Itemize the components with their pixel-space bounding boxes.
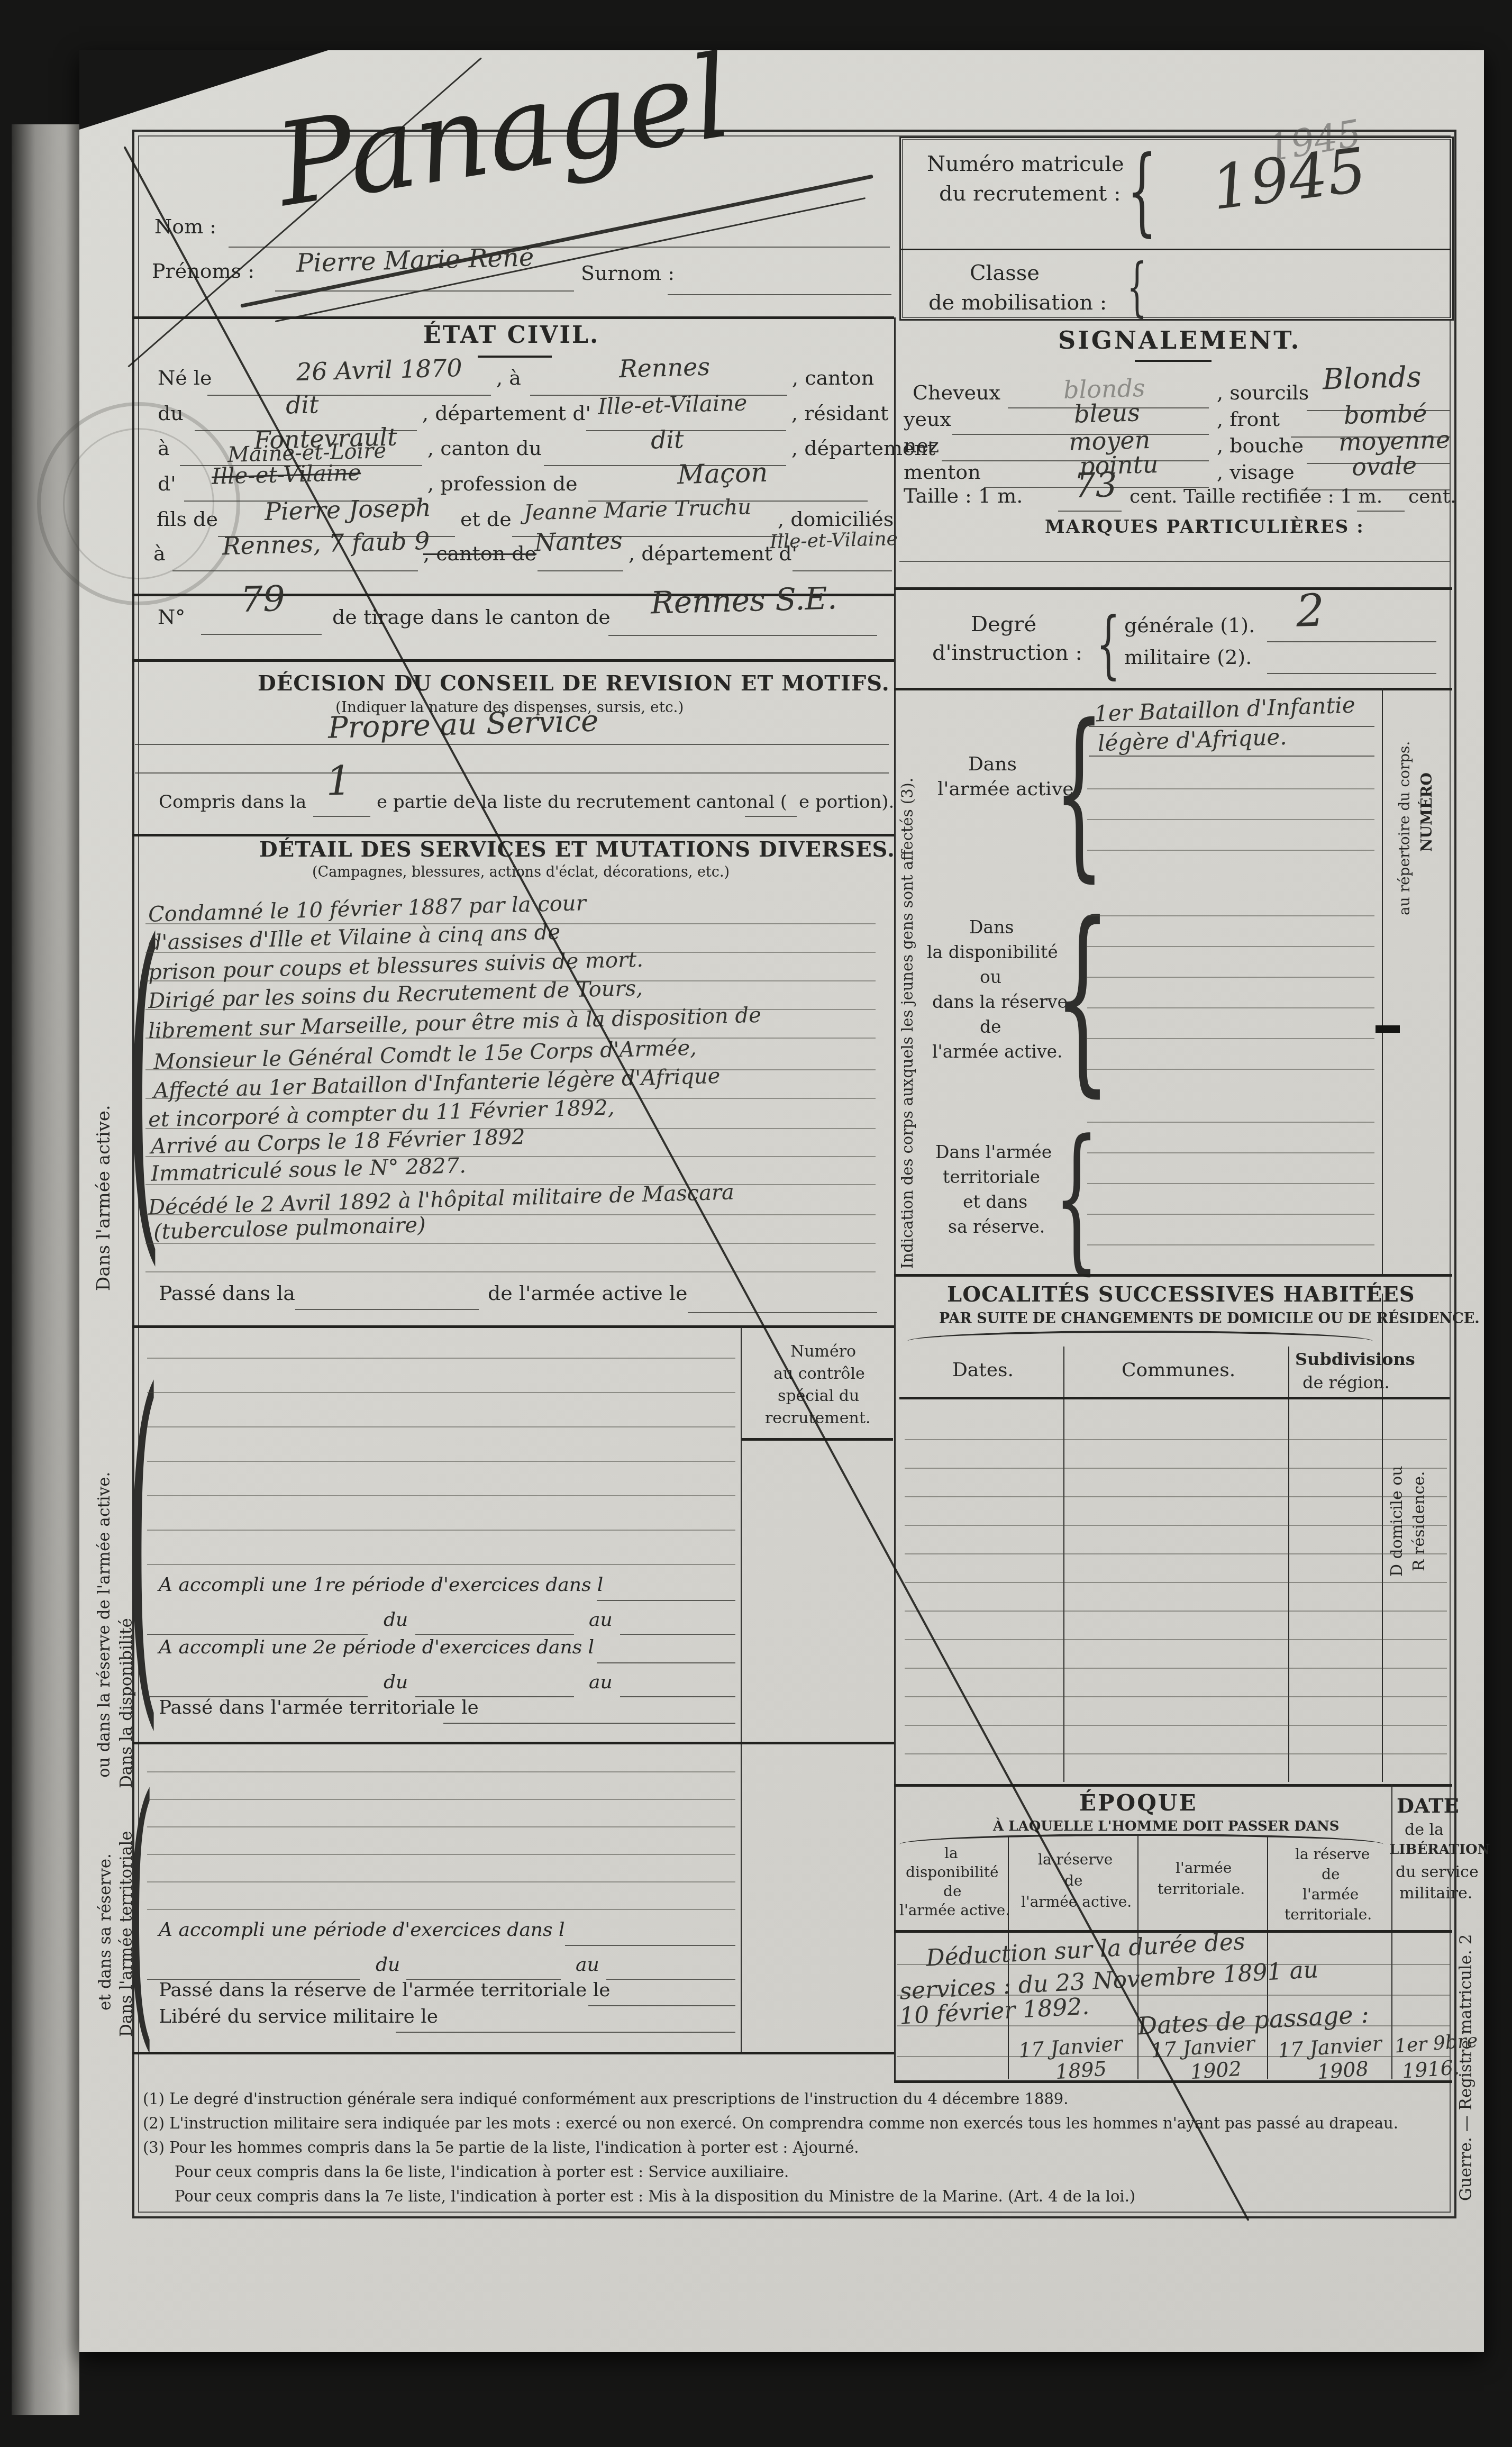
epoque-col3-header: territoriale. bbox=[1158, 1881, 1245, 1898]
ruled-line bbox=[905, 1525, 1447, 1526]
au-label: au bbox=[589, 1672, 613, 1693]
a-label: à bbox=[153, 543, 166, 565]
ruled-line bbox=[1087, 1214, 1374, 1215]
ruled-line bbox=[443, 1723, 735, 1724]
ruled-line bbox=[905, 1496, 1447, 1497]
divider-rule bbox=[894, 1274, 1452, 1277]
ruled-line bbox=[145, 952, 876, 953]
title-rule bbox=[1135, 360, 1212, 362]
margin-imprint: Guerre. — Registre matricule. 2 bbox=[1457, 1757, 1475, 2201]
ruled-line bbox=[1087, 1007, 1374, 1008]
signalement-title: SIGNALEMENT. bbox=[1058, 327, 1301, 354]
ruled-line bbox=[147, 1530, 735, 1531]
compris-label: e portion). bbox=[799, 793, 894, 812]
nez-label: nez bbox=[904, 435, 939, 457]
domicilies-label: , domiciliés bbox=[778, 508, 894, 531]
ruled-line bbox=[1087, 946, 1374, 947]
front-handwritten: bombé bbox=[1343, 401, 1427, 427]
brace-icon: { bbox=[1127, 255, 1147, 319]
epoque-col4-header: territoriale. bbox=[1285, 1907, 1372, 1923]
numero-repertoire-label: NUMÉRO bbox=[1419, 735, 1435, 852]
ruled-line bbox=[147, 1426, 735, 1427]
domicile-handwritten: Rennes, 7 faub 9 bbox=[222, 529, 430, 558]
corps-row3-label: et dans bbox=[963, 1193, 1027, 1212]
ruled-line bbox=[905, 1611, 1447, 1612]
pere-handwritten: Pierre Joseph bbox=[264, 495, 431, 524]
degre-label: Degré bbox=[971, 613, 1036, 636]
table-divider bbox=[1288, 1347, 1289, 1782]
et-de-label: et de bbox=[460, 508, 512, 531]
ruled-line bbox=[147, 1392, 735, 1393]
periode1-label: A accompli une 1re période d'exercices d… bbox=[159, 1575, 603, 1596]
ruled-line bbox=[608, 635, 877, 636]
ruled-line bbox=[1267, 641, 1436, 642]
du-label: du bbox=[376, 1954, 400, 1976]
table-divider bbox=[1063, 1347, 1064, 1782]
canton-handwritten: dit bbox=[285, 392, 319, 417]
tirage-canton-handwritten: Rennes S.E. bbox=[650, 583, 837, 618]
au-label: au bbox=[576, 1954, 599, 1976]
corps-row2-label: de bbox=[980, 1017, 1001, 1036]
col-header-communes: Communes. bbox=[1122, 1360, 1235, 1381]
subcolumn-divider bbox=[1382, 688, 1383, 1274]
ruled-line bbox=[145, 1271, 876, 1272]
passage-date-handwritten: 1908 bbox=[1317, 2059, 1369, 2082]
footnote: Pour ceux compris dans la 7e liste, l'in… bbox=[175, 2188, 1135, 2205]
au-label: au bbox=[589, 1609, 613, 1631]
controle-header: Numéro bbox=[790, 1343, 856, 1360]
profession-label: , profession de bbox=[427, 473, 577, 495]
subcolumn-divider bbox=[741, 1327, 742, 2052]
ruled-line bbox=[1087, 1038, 1374, 1039]
yeux-label: yeux bbox=[904, 408, 951, 431]
matricule-label: du recrutement : bbox=[939, 182, 1121, 205]
menton-label: menton bbox=[904, 461, 981, 484]
epoque-col3-header: l'armée bbox=[1176, 1860, 1232, 1877]
ruled-line bbox=[1087, 1152, 1374, 1153]
ruled-line bbox=[1087, 977, 1374, 978]
ruled-line bbox=[147, 1495, 735, 1496]
divider-rule bbox=[132, 834, 894, 836]
taille-label: Taille : 1 m. bbox=[904, 485, 1023, 507]
ruled-line bbox=[145, 1128, 876, 1129]
compris-label: e partie de la liste du recrutement cant… bbox=[377, 793, 787, 812]
ruled-line bbox=[565, 1945, 735, 1946]
residant-label: , résidant bbox=[791, 403, 888, 425]
marques-label: MARQUES PARTICULIÈRES : bbox=[1045, 517, 1364, 537]
corps-row3-label: sa réserve. bbox=[948, 1217, 1045, 1236]
ruled-line bbox=[1058, 511, 1122, 512]
date-col-header: DATE bbox=[1397, 1795, 1459, 1817]
ruled-line bbox=[1087, 1069, 1374, 1070]
ne-le-label: Né le bbox=[158, 367, 212, 389]
ruled-line bbox=[147, 1826, 735, 1827]
ruled-line bbox=[905, 1553, 1447, 1554]
visage-label: , visage bbox=[1217, 461, 1295, 484]
divider-rule bbox=[894, 688, 1452, 690]
epoque-subtitle: À LAQUELLE L'HOMME DOIT PASSER DANS bbox=[993, 1819, 1339, 1834]
libere-label: Libéré du service militaire le bbox=[159, 2006, 438, 2027]
ruled-line bbox=[588, 2005, 735, 2006]
canton-label: , canton bbox=[792, 367, 874, 389]
canton-de-label-struck: , canton de bbox=[423, 543, 536, 565]
du-label: du bbox=[384, 1672, 408, 1693]
ruled-line bbox=[207, 395, 491, 396]
bouche-handwritten: moyenne bbox=[1338, 427, 1450, 454]
degre-label: d'instruction : bbox=[932, 641, 1082, 665]
divider-rule bbox=[901, 249, 1451, 250]
ruled-line bbox=[905, 1725, 1447, 1726]
canton-handwritten: dit bbox=[650, 427, 684, 452]
classe-label: Classe bbox=[970, 261, 1040, 285]
title-rule bbox=[478, 356, 552, 358]
birthdate-handwritten: 26 Avril 1870 bbox=[296, 356, 462, 384]
prenoms-handwritten: Pierre Marie René bbox=[296, 244, 534, 276]
ruled-line bbox=[147, 1358, 735, 1359]
brace-icon: { bbox=[1054, 897, 1111, 1098]
departement-handwritten: Ille-et-Vilaine bbox=[597, 392, 747, 417]
margin-label-disponibilite: ou dans la réserve de l'armée active. bbox=[95, 1376, 113, 1778]
ruled-line bbox=[606, 1979, 735, 1980]
ruled-line bbox=[145, 1069, 876, 1070]
divider-rule bbox=[132, 316, 894, 319]
ruled-line bbox=[147, 1799, 735, 1800]
compris-value-handwritten: 1 bbox=[325, 760, 352, 801]
ruled-line bbox=[396, 2032, 735, 2033]
front-label: , front bbox=[1217, 408, 1280, 431]
periode2-label: A accompli une 2e période d'exercices da… bbox=[159, 1637, 594, 1658]
ruled-line bbox=[145, 1184, 876, 1185]
ruled-line bbox=[899, 561, 1450, 562]
ruled-line bbox=[201, 634, 322, 635]
brace-icon: ( bbox=[126, 1762, 155, 2053]
footnote: Pour ceux compris dans la 6e liste, l'in… bbox=[175, 2164, 789, 2181]
divider-rule bbox=[742, 1438, 893, 1441]
passe-armee-active-label: Passé dans la bbox=[159, 1282, 295, 1305]
ruled-line bbox=[1087, 1183, 1374, 1184]
ruled-line bbox=[905, 1582, 1447, 1583]
ruled-line bbox=[942, 460, 1209, 461]
epoque-col1-header: l'armée active. bbox=[899, 1903, 1010, 1919]
ruled-line bbox=[145, 1156, 876, 1157]
ruled-line bbox=[147, 1909, 735, 1910]
date-col-header: de la bbox=[1405, 1821, 1444, 1839]
epoque-col4-header: de bbox=[1322, 1867, 1340, 1883]
ruled-line bbox=[597, 1600, 735, 1601]
ruled-line bbox=[145, 980, 876, 981]
etat-civil-title: ÉTAT CIVIL. bbox=[423, 323, 599, 348]
ruled-line bbox=[1089, 756, 1374, 757]
epoque-col1-header: disponibilité bbox=[906, 1864, 999, 1881]
corps-row3-label: Dans l'armée bbox=[935, 1143, 1052, 1162]
passe-reserve-label: Passé dans la réserve de l'armée territo… bbox=[159, 1980, 611, 2001]
header-rule bbox=[899, 1397, 1450, 1399]
prenoms-label: Prénoms : bbox=[152, 260, 254, 283]
mere-handwritten: Jeanne Marie Truchu bbox=[524, 496, 752, 523]
footnote: (3) Pour les hommes compris dans la 5e p… bbox=[143, 2140, 859, 2157]
numero-repertoire-label: au répertoire du corps. bbox=[1397, 693, 1413, 915]
departement-label: , département d' bbox=[422, 403, 591, 425]
ruled-line bbox=[905, 1439, 1447, 1440]
footnote: (1) Le degré d'instruction générale sera… bbox=[143, 2091, 1069, 2108]
divider-rule bbox=[132, 1742, 894, 1744]
table-divider bbox=[1382, 1294, 1383, 1782]
epoque-col1-header: de bbox=[943, 1884, 962, 1900]
passe-territoriale-label: Passé dans l'armée territoriale le bbox=[159, 1697, 479, 1718]
a-label: à bbox=[158, 438, 170, 460]
canton-du-label: , canton du bbox=[427, 438, 542, 460]
index-tab-mark bbox=[1376, 1025, 1400, 1033]
ruled-line bbox=[793, 570, 892, 571]
margin-label-armee-active: Dans l'armée active. bbox=[94, 995, 114, 1291]
corps-row2-label: ou bbox=[980, 968, 1001, 987]
ruled-line bbox=[538, 570, 623, 571]
ruled-line bbox=[295, 1309, 479, 1310]
du-label: du bbox=[384, 1609, 408, 1631]
ruled-line bbox=[1087, 1122, 1374, 1123]
cheveux-label: Cheveux bbox=[913, 382, 1000, 404]
divider-rule bbox=[894, 1784, 1452, 1787]
epoque-col1-header: la bbox=[944, 1845, 958, 1862]
corps-row2-label: Dans bbox=[969, 918, 1014, 937]
generale-value-handwritten: 2 bbox=[1296, 588, 1325, 633]
ruled-line bbox=[147, 1854, 735, 1855]
surnom-label: Surnom : bbox=[581, 262, 675, 285]
classe-label: de mobilisation : bbox=[928, 291, 1107, 314]
d-label: d' bbox=[158, 473, 176, 495]
ruled-line bbox=[1087, 1244, 1374, 1245]
ruled-line bbox=[145, 1009, 876, 1010]
ruled-line bbox=[905, 1468, 1447, 1469]
profession-handwritten: Maçon bbox=[677, 459, 768, 488]
ruled-line bbox=[147, 1771, 735, 1772]
localites-title: LOCALITÉS SUCCESSIVES HABITÉES bbox=[947, 1283, 1415, 1306]
ruled-line bbox=[147, 1881, 735, 1882]
ruled-line bbox=[905, 1668, 1447, 1669]
epoque-title: ÉPOQUE bbox=[1079, 1791, 1197, 1815]
departement-correction-handwritten: Maine-et-Loire bbox=[227, 440, 387, 466]
taille-rectifiee-label: cent. Taille rectifiée : 1 m. bbox=[1130, 486, 1382, 507]
corps-row1-label: Dans bbox=[968, 754, 1017, 775]
corps-row2-label: dans la réserve bbox=[932, 993, 1068, 1012]
birthplace-handwritten: Rennes bbox=[618, 354, 710, 381]
controle-header: spécial du bbox=[778, 1387, 859, 1405]
brace-icon: { bbox=[1054, 701, 1104, 884]
yeux-handwritten: bleus bbox=[1073, 400, 1140, 426]
ruled-line bbox=[135, 744, 889, 745]
col-header-subdivisions: de région. bbox=[1302, 1373, 1390, 1392]
ruled-line bbox=[745, 816, 797, 817]
ruled-line bbox=[1087, 850, 1374, 851]
passage-date-handwritten: 1916. bbox=[1401, 2057, 1460, 2081]
ruled-line bbox=[1267, 673, 1436, 674]
ruled-line bbox=[145, 1038, 876, 1039]
corps-row2-label: la disponibilité bbox=[927, 943, 1058, 962]
epoque-col4-header: l'armée bbox=[1302, 1887, 1359, 1903]
ruled-line bbox=[145, 1098, 876, 1099]
taille-handwritten: 73 bbox=[1073, 468, 1117, 503]
brace-icon: ( bbox=[126, 1347, 160, 1731]
ruled-line bbox=[1087, 915, 1374, 916]
table-divider bbox=[1267, 1836, 1268, 2079]
bouche-label: , bouche bbox=[1217, 435, 1304, 457]
visage-handwritten: ovale bbox=[1351, 453, 1417, 479]
corps-row2-label: l'armée active. bbox=[932, 1042, 1063, 1061]
a-label: , à bbox=[496, 367, 521, 389]
numero-tirage-label: N° bbox=[158, 606, 185, 629]
periode-label: A accompli une période d'exercices dans … bbox=[159, 1920, 564, 1941]
ruled-line bbox=[597, 1662, 735, 1663]
ruled-line bbox=[905, 1753, 1447, 1754]
ruled-line bbox=[905, 1639, 1447, 1640]
matricule-value-handwritten: 1945 bbox=[1208, 140, 1370, 220]
departement-handwritten: Ille-et-Vilaine bbox=[770, 530, 898, 552]
numero-tirage-handwritten: 79 bbox=[240, 581, 286, 617]
ruled-line bbox=[415, 1634, 574, 1635]
ruled-line bbox=[1087, 819, 1374, 820]
decision-title: DÉCISION DU CONSEIL DE REVISION ET MOTIF… bbox=[258, 672, 890, 695]
fils-de-label: fils de bbox=[157, 508, 218, 531]
passe-armee-active-label2: de l'armée active le bbox=[488, 1282, 687, 1305]
corps-row3-label: territoriale bbox=[943, 1168, 1040, 1187]
brace-icon: { bbox=[1054, 1119, 1099, 1276]
ruled-line bbox=[586, 430, 786, 431]
divider-rule bbox=[132, 2052, 894, 2054]
col-header-dates: Dates. bbox=[952, 1360, 1014, 1381]
footnote: (2) L'instruction militaire sera indiqué… bbox=[143, 2115, 1398, 2132]
ruled-line bbox=[145, 1214, 876, 1215]
ruled-line bbox=[147, 1564, 735, 1565]
ruled-line bbox=[145, 923, 876, 924]
divider-rule bbox=[132, 1325, 894, 1328]
generale-label: générale (1). bbox=[1124, 615, 1255, 637]
sourcils-handwritten: Blonds bbox=[1322, 363, 1422, 394]
decision-handwritten: Propre au Service bbox=[327, 706, 599, 743]
ruled-line bbox=[313, 816, 370, 817]
militaire-label: militaire (2). bbox=[1124, 647, 1252, 669]
ruled-line bbox=[147, 1634, 368, 1635]
ruled-line bbox=[668, 294, 891, 295]
ruled-line bbox=[172, 570, 418, 571]
ruled-line bbox=[620, 1696, 735, 1697]
margin-label-territoriale: et dans sa réserve. bbox=[96, 1820, 114, 2011]
brace-icon: { bbox=[1127, 144, 1157, 239]
margin-label-corps: Indication des corps auxquels les jeunes… bbox=[899, 697, 916, 1269]
matricule-label: Numéro matricule bbox=[927, 152, 1124, 176]
ruled-line bbox=[147, 1461, 735, 1462]
ruled-line bbox=[688, 1312, 877, 1313]
ruled-line bbox=[1087, 788, 1374, 789]
divider-rule bbox=[132, 659, 894, 662]
ruled-line bbox=[905, 1696, 1447, 1697]
ruled-line bbox=[145, 1243, 876, 1244]
passage-date-handwritten: 1902 bbox=[1190, 2059, 1242, 2082]
cent-label: cent. bbox=[1408, 486, 1456, 507]
services-title: DÉTAIL DES SERVICES ET MUTATIONS DIVERSE… bbox=[259, 838, 895, 861]
ruled-line bbox=[275, 290, 574, 292]
brace-icon: { bbox=[1096, 608, 1121, 681]
sourcils-label: , sourcils bbox=[1217, 382, 1309, 404]
ruled-line bbox=[620, 1634, 735, 1635]
column-divider bbox=[894, 317, 896, 2080]
military-register-scan: Nom : Panagel Prénoms : Pierre Marie Ren… bbox=[0, 0, 1512, 2447]
passage-date-handwritten: 1895 bbox=[1055, 2059, 1107, 2082]
divider-rule bbox=[894, 587, 1452, 590]
ruled-line bbox=[1357, 511, 1405, 512]
ruled-line bbox=[135, 772, 889, 774]
compris-label: Compris dans la bbox=[159, 793, 306, 812]
du-label: du bbox=[158, 403, 184, 425]
canton-handwritten: Nantes bbox=[534, 528, 623, 554]
corps-value-handwritten: légère d'Afrique. bbox=[1097, 726, 1287, 754]
epoque-col4-header: la réserve bbox=[1295, 1846, 1370, 1863]
